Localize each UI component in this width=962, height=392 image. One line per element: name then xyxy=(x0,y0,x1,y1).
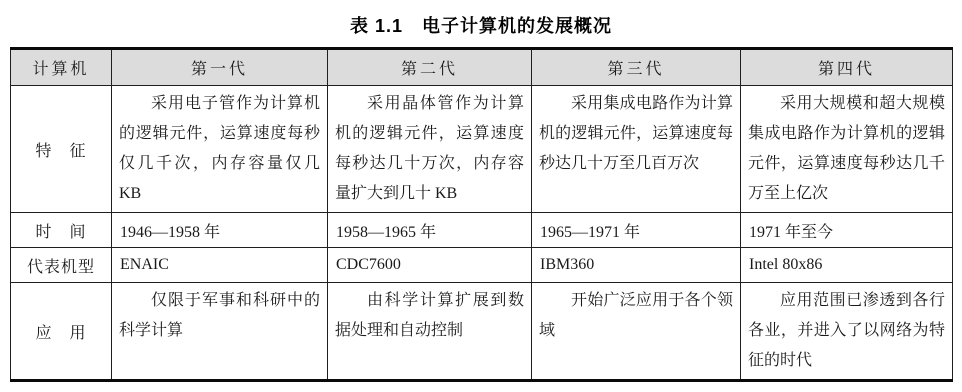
row-label-applications: 应 用 xyxy=(11,283,112,381)
header-cell-computer: 计算机 xyxy=(11,49,112,86)
row-label-features: 特 征 xyxy=(11,86,112,213)
model-cell-gen4: Intel 80x86 xyxy=(741,248,953,283)
features-cell-gen4: 采用大规模和超大规模集成电路作为计算机的逻辑元件，运算速度每秒达几千万至上亿次 xyxy=(741,86,953,213)
time-cell-gen1: 1946—1958 年 xyxy=(112,213,328,248)
time-cell-gen2: 1958—1965 年 xyxy=(328,213,532,248)
header-row: 计算机 第一代 第二代 第三代 第四代 xyxy=(11,49,953,86)
time-cell-gen4: 1971 年至今 xyxy=(741,213,953,248)
features-cell-gen2: 采用晶体管作为计算机的逻辑元件，运算速度每秒达几十万次，内存容量扩大到几十 KB xyxy=(328,86,532,213)
model-cell-gen1: ENAIC xyxy=(112,248,328,283)
header-cell-gen4: 第四代 xyxy=(741,49,953,86)
table-title: 表 1.1 电子计算机的发展概况 xyxy=(0,0,962,47)
header-cell-gen2: 第二代 xyxy=(328,49,532,86)
application-cell-gen3: 开始广泛应用于各个领域 xyxy=(532,283,741,381)
row-label-models: 代表机型 xyxy=(11,248,112,283)
application-cell-gen1: 仅限于军事和科研中的科学计算 xyxy=(112,283,328,381)
table-row-time: 时 间 1946—1958 年 1958—1965 年 1965—1971 年 … xyxy=(11,213,953,248)
features-cell-gen3: 采用集成电路作为计算机的逻辑元件，运算速度每秒达几十万至几百万次 xyxy=(532,86,741,213)
time-cell-gen3: 1965—1971 年 xyxy=(532,213,741,248)
model-cell-gen2: CDC7600 xyxy=(328,248,532,283)
application-cell-gen2: 由科学计算扩展到数据处理和自动控制 xyxy=(328,283,532,381)
header-cell-gen1: 第一代 xyxy=(112,49,328,86)
features-cell-gen1: 采用电子管作为计算机的逻辑元件，运算速度每秒仅几千次，内存容量仅几 KB xyxy=(112,86,328,213)
table-row-applications: 应 用 仅限于军事和科研中的科学计算 由科学计算扩展到数据处理和自动控制 开始广… xyxy=(11,283,953,381)
computer-generations-table: 计算机 第一代 第二代 第三代 第四代 特 征 采用电子管作为计算机的逻辑元件，… xyxy=(10,47,953,382)
model-cell-gen3: IBM360 xyxy=(532,248,741,283)
table-row-features: 特 征 采用电子管作为计算机的逻辑元件，运算速度每秒仅几千次，内存容量仅几 KB… xyxy=(11,86,953,213)
table-row-models: 代表机型 ENAIC CDC7600 IBM360 Intel 80x86 xyxy=(11,248,953,283)
row-label-time: 时 间 xyxy=(11,213,112,248)
header-cell-gen3: 第三代 xyxy=(532,49,741,86)
application-cell-gen4: 应用范围已渗透到各行各业，并进入了以网络为特征的时代 xyxy=(741,283,953,381)
